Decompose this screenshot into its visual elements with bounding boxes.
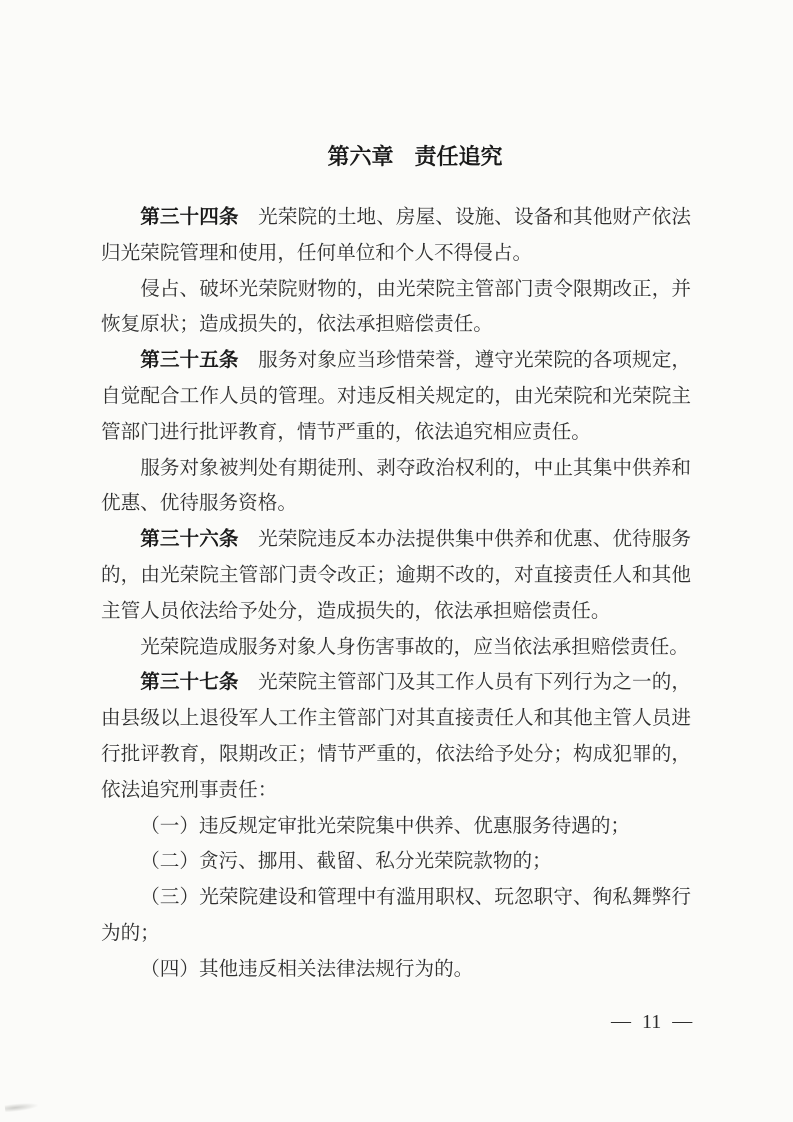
chapter-name: 责任追究 [415,144,503,169]
paragraph-text: （三）光荣院建设和管理中有滥用职权、玩忽职守、徇私舞弊行为的； [101,887,691,944]
article-number: 第三十六条 [140,528,238,550]
footer-dash-left: — [611,1009,631,1033]
paragraph-text: （一）违反规定审批光荣院集中供养、优惠服务待遇的； [140,816,630,837]
paragraph-text: （四）其他违反相关法律法规行为的。 [140,959,473,980]
article-number: 第三十五条 [140,349,238,371]
list-item-4: （四）其他违反相关法律法规行为的。 [101,952,691,988]
paragraph-article-34: 第三十四条光荣院的土地、房屋、设施、设备和其他财产依法归光荣院管理和使用，任何单… [101,200,691,272]
article-number: 第三十四条 [140,206,238,228]
paragraph-text: 服务对象被判处有期徒刑、剥夺政治权利的，中止其集中供养和优惠、优待服务资格。 [101,458,691,515]
paragraph-article-34-clause-2: 侵占、破坏光荣院财物的，由光荣院主管部门责令限期改正，并恢复原状；造成损失的，依… [101,272,691,344]
document-body: 第三十四条光荣院的土地、房屋、设施、设备和其他财产依法归光荣院管理和使用，任何单… [101,200,691,988]
paragraph-article-36-clause-2: 光荣院造成服务对象人身伤害事故的，应当依法承担赔偿责任。 [101,630,691,666]
chapter-number: 第六章 [327,144,393,169]
paragraph-text: 侵占、破坏光荣院财物的，由光荣院主管部门责令限期改正，并恢复原状；造成损失的，依… [101,279,691,336]
page-number: — 11 — [611,1010,692,1034]
paragraph-article-35: 第三十五条服务对象应当珍惜荣誉，遵守光荣院的各项规定，自觉配合工作人员的管理。对… [101,343,691,450]
list-item-1: （一）违反规定审批光荣院集中供养、优惠服务待遇的； [101,809,691,845]
paragraph-article-37: 第三十七条光荣院主管部门及其工作人员有下列行为之一的，由县级以上退役军人工作主管… [101,665,691,808]
chapter-title: 第六章责任追究 [120,141,710,172]
scan-smudge-artifact [5,1101,40,1113]
document-page: 第六章责任追究 第三十四条光荣院的土地、房屋、设施、设备和其他财产依法归光荣院管… [0,0,793,1122]
footer-dash-right: — [672,1009,692,1033]
article-number: 第三十七条 [140,671,238,693]
paragraph-text: 光荣院造成服务对象人身伤害事故的，应当依法承担赔偿责任。 [140,637,689,658]
paragraph-article-35-clause-2: 服务对象被判处有期徒刑、剥夺政治权利的，中止其集中供养和优惠、优待服务资格。 [101,451,691,523]
footer-page-number: 11 [642,1010,661,1034]
list-item-2: （二）贪污、挪用、截留、私分光荣院款物的； [101,844,691,880]
paragraph-article-36: 第三十六条光荣院违反本办法提供集中供养和优惠、优待服务的，由光荣院主管部门责令改… [101,522,691,629]
list-item-3: （三）光荣院建设和管理中有滥用职权、玩忽职守、徇私舞弊行为的； [101,880,691,952]
paragraph-text: （二）贪污、挪用、截留、私分光荣院款物的； [140,851,551,872]
